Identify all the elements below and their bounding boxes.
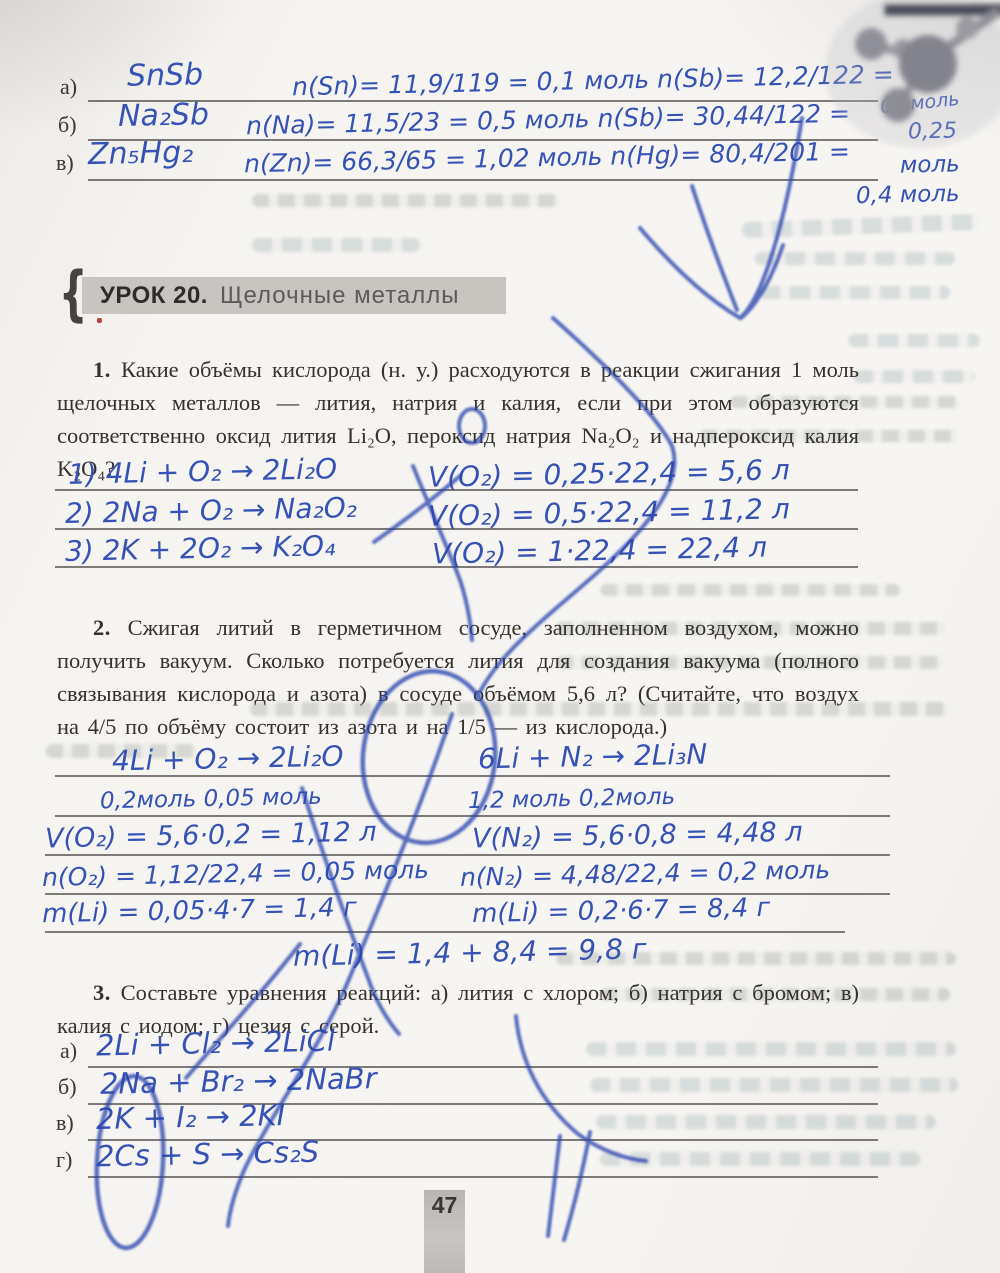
task3-label-b: б) <box>58 1074 77 1100</box>
task1-equation-3: 3) 2K + 2O₂ → K₂O₄ <box>65 529 336 568</box>
workbook-page: а) SnSb n(Sn)= 11,9/119 = 0,1 моль n(Sb)… <box>0 0 1000 1273</box>
task2-number: 2. <box>93 615 111 640</box>
bleed-through-artifact <box>853 370 975 383</box>
margin-note: 0,25 <box>908 118 957 144</box>
work-b: n(Na)= 11,5/23 = 0,5 моль n(Sb)= 30,44/1… <box>246 99 851 141</box>
task2-moles-left: 0,2моль 0,05 моль <box>100 784 322 815</box>
task2-mass-right: m(Li) = 0,2·6·7 = 8,4 г <box>472 893 771 929</box>
work-a: n(Sn)= 11,9/119 = 0,1 моль n(Sb)= 12,2/1… <box>292 60 894 102</box>
bleed-through-artifact <box>600 584 900 596</box>
bleed-through-artifact <box>596 1115 936 1129</box>
task3-equation-a: 2Li + Cl₂ → 2LiCl <box>96 1024 336 1063</box>
answer-line <box>88 1176 878 1178</box>
bleed-through-artifact <box>848 334 980 347</box>
task3-label-a: а) <box>60 1038 77 1064</box>
bleed-through-artifact <box>600 1152 920 1166</box>
bleed-through-artifact <box>586 1042 956 1056</box>
task1-equation-1: 1) 4Li + O₂ → 2Li₂O <box>68 452 338 491</box>
bleed-through-artifact <box>252 194 560 207</box>
bleed-through-artifact <box>755 252 955 265</box>
item-label-a: а) <box>60 74 77 100</box>
margin-note: 0,1моль <box>879 88 960 118</box>
task3-label-v: в) <box>56 1110 74 1136</box>
task1-equation-2: 2) 2Na + O₂ → Na₂O₂ <box>65 491 358 530</box>
task3-equation-g: 2Cs + S → Cs₂S <box>96 1135 320 1174</box>
work-v: n(Zn)= 66,3/65 = 1,02 моль n(Hg)= 80,4/2… <box>244 137 850 179</box>
lesson-number: УРОК 20. <box>100 282 208 310</box>
bleed-through-artifact <box>760 286 950 299</box>
task2-amount-left: n(O₂) = 1,12/22,4 = 0,05 моль <box>42 855 429 892</box>
formula-a: SnSb <box>127 57 204 94</box>
task2-eq-right: 6Li + N₂ → 2Li₃N <box>478 738 708 776</box>
bleed-through-artifact <box>742 214 980 238</box>
lesson-header: УРОК 20. Щелочные металлы <box>82 277 506 314</box>
task2-moles-right: 1,2 моль 0,2моль <box>468 784 676 814</box>
task1-calc-1: V(O₂) = 0,25·22,4 = 5,6 л <box>428 453 790 494</box>
item-label-v: в) <box>56 150 74 176</box>
task3-equation-b: 2Na + Br₂ → 2NaBr <box>100 1061 377 1101</box>
bleed-through-artifact <box>590 1078 958 1092</box>
task1-calc-3: V(O₂) = 1·22,4 = 22,4 л <box>432 530 768 570</box>
lesson-title: Щелочные металлы <box>220 282 460 310</box>
task2-eq-left: 4Li + O₂ → 2Li₂O <box>112 740 344 778</box>
formula-b: Na₂Sb <box>118 97 210 134</box>
task3-equation-v: 2K + I₂ → 2KI <box>96 1098 286 1136</box>
task2-mass-left: m(Li) = 0,05·4·7 = 1,4 г <box>42 893 357 930</box>
formula-v: Zn₅Hg₂ <box>88 135 194 172</box>
margin-note: моль <box>900 151 960 178</box>
task3-number: 3. <box>93 980 111 1005</box>
task2-volume-right: V(N₂) = 5,6·0,8 = 4,48 л <box>472 817 803 855</box>
task2-volume-left: V(O₂) = 5,6·0,2 = 1,12 л <box>45 817 377 855</box>
item-label-b: б) <box>58 112 77 138</box>
margin-note: 0,4 моль <box>856 181 960 209</box>
page-tab: 47 <box>424 1190 465 1273</box>
task2-amount-right: n(N₂) = 4,48/22,4 = 0,2 моль <box>460 855 831 892</box>
task1-calc-2: V(O₂) = 0,5·22,4 = 11,2 л <box>428 492 790 533</box>
ink-speck <box>97 318 102 323</box>
task2-text: 2. Сжигая литий в герметичном сосуде, за… <box>57 611 859 743</box>
task1-number: 1. <box>93 357 111 382</box>
answer-line <box>45 931 845 933</box>
page-number: 47 <box>424 1192 465 1219</box>
bleed-through-artifact <box>252 238 420 252</box>
answer-line <box>88 179 878 181</box>
task3-label-g: г) <box>56 1147 72 1173</box>
task2-mass-total: m(Li) = 1,4 + 8,4 = 9,8 г <box>293 932 647 972</box>
